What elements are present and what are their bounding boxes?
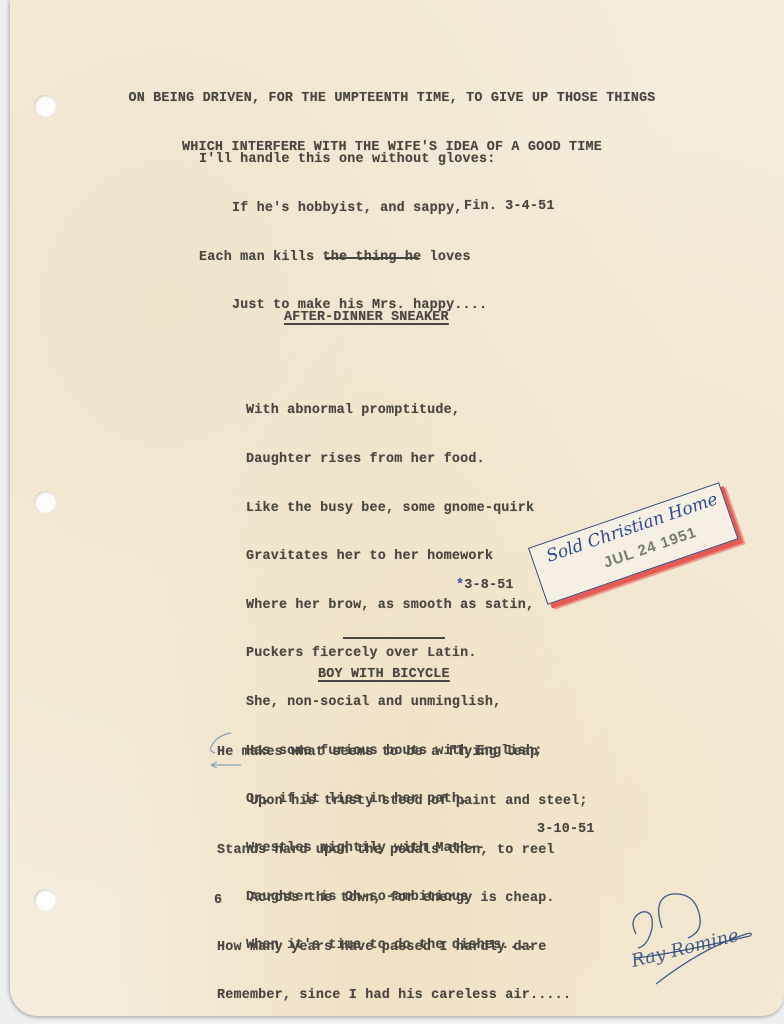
poem-line: Where her brow, as smooth as satin, [246,598,543,614]
poem-line: He makes what seems to be a flying leap [217,745,588,761]
poem3-date: 3-10-51 [537,822,595,838]
poem-line: Daughter rises from her food. [246,452,543,468]
section-divider [325,257,418,259]
poem3-title: BOY WITH BICYCLE [318,667,450,683]
poem1-body: I'll handle this one without gloves: If … [199,120,496,331]
margin-arrow-marks-icon [205,725,245,775]
poem-line: With abnormal promptitude, [246,403,543,419]
poem-line: Remember, since I had his careless air..… [217,988,588,1004]
poem-line: Stands hard upon the pedals then, to ree… [217,843,588,859]
poem-line: Upon his trusty steed of paint and steel… [217,794,588,810]
poem2-title: AFTER-DINNER SNEAKER [284,310,449,326]
poem-line: Gravitates her to her homework [246,549,543,565]
poem-line: Puckers fiercely over Latin. [246,646,543,662]
poem-line: She, non-social and unminglish, [246,695,543,711]
page-number: 6 [214,893,222,909]
binder-hole [34,889,56,911]
section-divider [343,637,445,639]
binder-hole [34,95,56,117]
asterisk-mark-icon: * [456,578,464,593]
poem-line: I'll handle this one without gloves: [199,152,496,168]
poem-line: Across the town, for energy is cheap. [217,891,588,907]
poem1-title-line: ON BEING DRIVEN, FOR THE UMPTEENTH TIME,… [92,91,692,107]
binder-hole [34,491,56,513]
poem2-date: 3-8-51 [464,578,513,593]
poem3-body: He makes what seems to be a flying leap … [217,713,588,1021]
poem-line: If he's hobbyist, and sappy, [199,201,496,217]
poem1-date: Fin. 3-4-51 [464,199,555,215]
poem-line: How many years have passed I hardly dare [217,940,588,956]
poem-line: Like the busy bee, some gnome-quirk [246,501,543,517]
poem2-date-line: *3-8-51 [456,578,514,594]
